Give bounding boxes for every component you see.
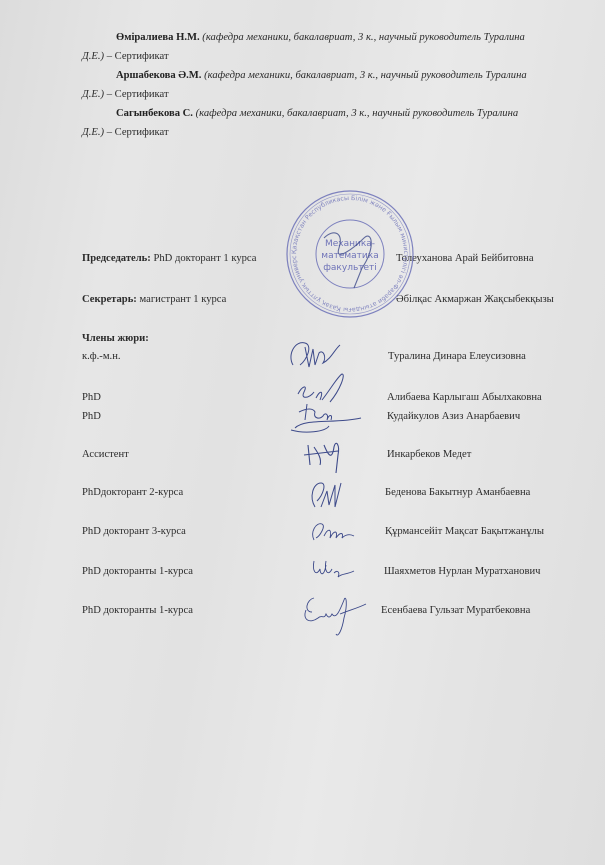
- svg-text:Механика-: Механика-: [325, 239, 375, 249]
- jury-position: PhD докторанты 1-курса: [82, 605, 193, 616]
- svg-text:факультеті: факультеті: [323, 263, 377, 273]
- official-stamp-icon: Қазақстан Республикасы Білім және Ғылым …: [284, 188, 416, 320]
- certificate-entry: Сагынбекова С. (кафедра механики, бакала…: [82, 104, 577, 142]
- jury-position: PhD: [82, 392, 101, 403]
- jury-position: к.ф.-м.н.: [82, 351, 121, 362]
- student-details: (кафедра механики, бакалавриат, 3 к., на…: [204, 70, 527, 81]
- jury-name: Есенбаева Гульзат Муратбековна: [381, 605, 530, 616]
- jury-position: PhD докторанты 1-курса: [82, 566, 193, 577]
- student-name: Сагынбекова С.: [116, 108, 193, 119]
- signature-icon: [285, 398, 365, 434]
- signature-icon: [285, 335, 345, 375]
- secretary-label: Секретарь: магистрант 1 курса: [82, 294, 226, 305]
- award-label: – Сертификат: [104, 89, 169, 100]
- jury-position: PhD: [82, 411, 101, 422]
- award-label: – Сертификат: [104, 127, 169, 138]
- jury-name: Алибаева Карлыгаш Абылхаковна: [387, 392, 542, 403]
- jury-heading: Члены жюри:: [82, 333, 149, 344]
- certificate-entry: Өміралиева Н.М. (кафедра механики, бакал…: [82, 28, 577, 66]
- jury-position: PhDдокторант 2-курса: [82, 487, 183, 498]
- jury-name: Беденова Бакытнур Аманбаевна: [385, 487, 530, 498]
- signature-icon: [305, 477, 345, 515]
- secretary-name: Әбілқас Акмаржан Жақсыбекқызы: [396, 294, 554, 305]
- jury-name: Кудайкулов Азиз Анарбаевич: [387, 411, 520, 422]
- advisor-initials: Д.Е.): [82, 89, 104, 100]
- student-details: (кафедра механики, бакалавриат, 3 к., на…: [196, 108, 519, 119]
- signature-icon: [298, 435, 348, 477]
- advisor-initials: Д.Е.): [82, 127, 104, 138]
- chairman-position: PhD докторант 1 курса: [153, 253, 256, 264]
- chairman-name: Толеуханова Арай Бейбитовна: [396, 253, 534, 264]
- signature-icon: [306, 516, 356, 546]
- jury-name: Туралина Динара Елеусизовна: [388, 351, 526, 362]
- student-details: (кафедра механики, бакалавриат, 3 к., на…: [202, 32, 525, 43]
- jury-name: Шаяхметов Нурлан Муратханович: [384, 566, 540, 577]
- jury-position: Ассистент: [82, 449, 129, 460]
- secretary-title: Секретарь:: [82, 294, 137, 305]
- chairman-label: Председатель: PhD докторант 1 курса: [82, 253, 256, 264]
- jury-position: PhD докторант 3-курса: [82, 526, 186, 537]
- award-label: – Сертификат: [104, 51, 169, 62]
- jury-name: Инкарбеков Медет: [387, 449, 471, 460]
- student-name: Өміралиева Н.М.: [116, 32, 200, 43]
- signature-icon: [308, 555, 358, 583]
- chairman-title: Председатель:: [82, 253, 151, 264]
- certificate-entry: Аршабекова Ә.М. (кафедра механики, бакал…: [82, 66, 577, 104]
- signature-icon: [300, 590, 370, 640]
- document-page: Өміралиева Н.М. (кафедра механики, бакал…: [0, 0, 605, 865]
- jury-name: Құрмансейіт Мақсат Бақытжанұлы: [385, 526, 544, 537]
- secretary-position: магистрант 1 курса: [140, 294, 227, 305]
- advisor-initials: Д.Е.): [82, 51, 104, 62]
- student-name: Аршабекова Ә.М.: [116, 70, 201, 81]
